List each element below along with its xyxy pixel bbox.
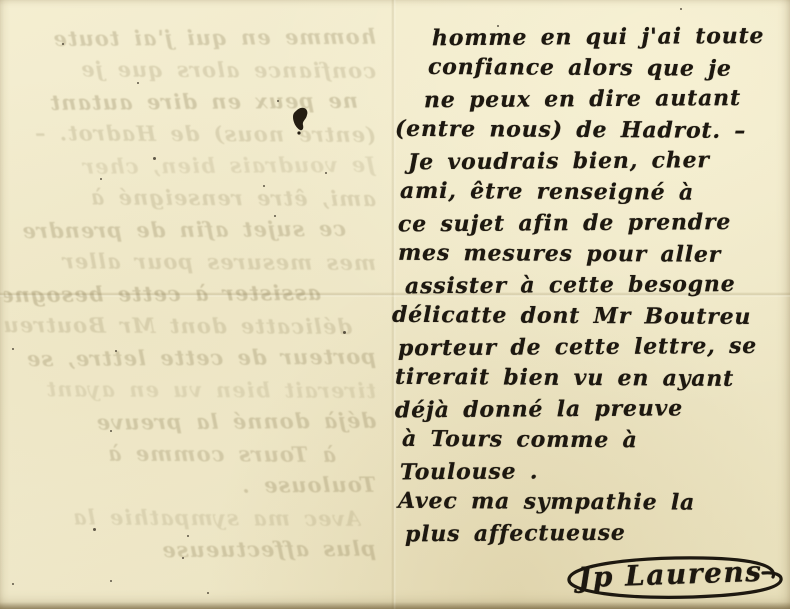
letter-line: Toulouse . xyxy=(400,455,788,489)
letter-line: ami, être renseigné à xyxy=(400,176,788,209)
ink-speck xyxy=(325,172,327,174)
signature: Jp Laurens xyxy=(577,555,762,594)
letter-line: Avec ma sympathie la xyxy=(398,486,788,519)
letter-line: confiance alors que je xyxy=(428,52,788,85)
letter-line: délicatte dont Mr Boutreu xyxy=(392,300,788,333)
ink-speck xyxy=(187,535,189,537)
ink-speck xyxy=(343,331,346,334)
signature-block: Jp Laurens xyxy=(563,541,788,607)
left-page-show-through: homme en qui j'ai touteconfiance alors q… xyxy=(4,22,376,602)
ghost-line: assister à cette besogne xyxy=(4,277,321,311)
ghost-line: homme en qui j'ai toute xyxy=(4,21,376,56)
ghost-line: porteur de cette lettre, se xyxy=(4,341,376,376)
ink-speck xyxy=(680,8,682,10)
letter-line: ce sujet afin de prendre xyxy=(398,207,788,241)
ink-speck xyxy=(182,557,184,559)
letter-line: ne peux en dire autant xyxy=(424,83,788,117)
ghost-line: plus affectueuse xyxy=(4,533,376,568)
letter-lines: homme en qui j'ai touteconfiance alors q… xyxy=(390,22,788,549)
ink-speck xyxy=(110,430,112,432)
ghost-lines: homme en qui j'ai touteconfiance alors q… xyxy=(4,22,376,566)
letter-line: Je voudrais bien, cher xyxy=(408,145,788,179)
ink-speck xyxy=(12,583,14,585)
ink-speck xyxy=(93,528,96,531)
ink-speck xyxy=(277,100,279,102)
ink-speck xyxy=(263,185,265,187)
ghost-line: Toulouse . xyxy=(4,469,376,504)
ink-speck xyxy=(207,592,209,594)
ghost-line: ce sujet afin de prendre xyxy=(4,213,346,247)
ghost-line: Avec ma sympathie la xyxy=(4,501,361,535)
ghost-line: (entre nous) de Hadrot. – xyxy=(4,117,376,151)
ink-speck xyxy=(153,157,156,160)
ghost-line: Je voudrais bien, cher xyxy=(4,149,376,184)
ghost-line: mes mesures pour aller xyxy=(4,245,376,279)
letter-line: tirerait bien vu en ayant xyxy=(395,362,788,395)
ink-speck xyxy=(110,580,112,582)
ghost-line: confiance alors que je xyxy=(4,53,376,87)
ink-speck xyxy=(137,82,139,84)
letter-line: porteur de cette lettre, se xyxy=(398,331,788,365)
letter-scan: homme en qui j'ai touteconfiance alors q… xyxy=(0,0,790,609)
letter-line: déjà donné la preuve xyxy=(395,393,788,427)
ink-speck xyxy=(274,215,276,217)
ghost-line: délicatte dont Mr Boutreu xyxy=(4,309,352,343)
ink-speck xyxy=(100,178,102,180)
ink-speck xyxy=(497,25,499,27)
ghost-line: déjà donné la preuve xyxy=(4,405,376,440)
letter-line: homme en qui j'ai toute xyxy=(432,21,788,54)
ink-speck xyxy=(12,348,14,350)
letter-line: assister à cette besogne xyxy=(405,269,788,303)
ink-blot xyxy=(292,106,312,136)
letter-line: mes mesures pour aller xyxy=(398,238,788,271)
letter-line: (entre nous) de Hadrot. – xyxy=(395,114,788,147)
letter-line: à Tours comme à xyxy=(402,424,788,457)
right-page: homme en qui j'ai touteconfiance alors q… xyxy=(390,22,788,608)
ink-speck xyxy=(115,350,117,352)
ghost-line: à Tours comme à xyxy=(4,437,336,471)
ghost-line: tirerait bien vu en ayant xyxy=(4,373,376,407)
ink-speck xyxy=(62,43,64,45)
ghost-line: ami, être renseigné à xyxy=(4,181,376,215)
